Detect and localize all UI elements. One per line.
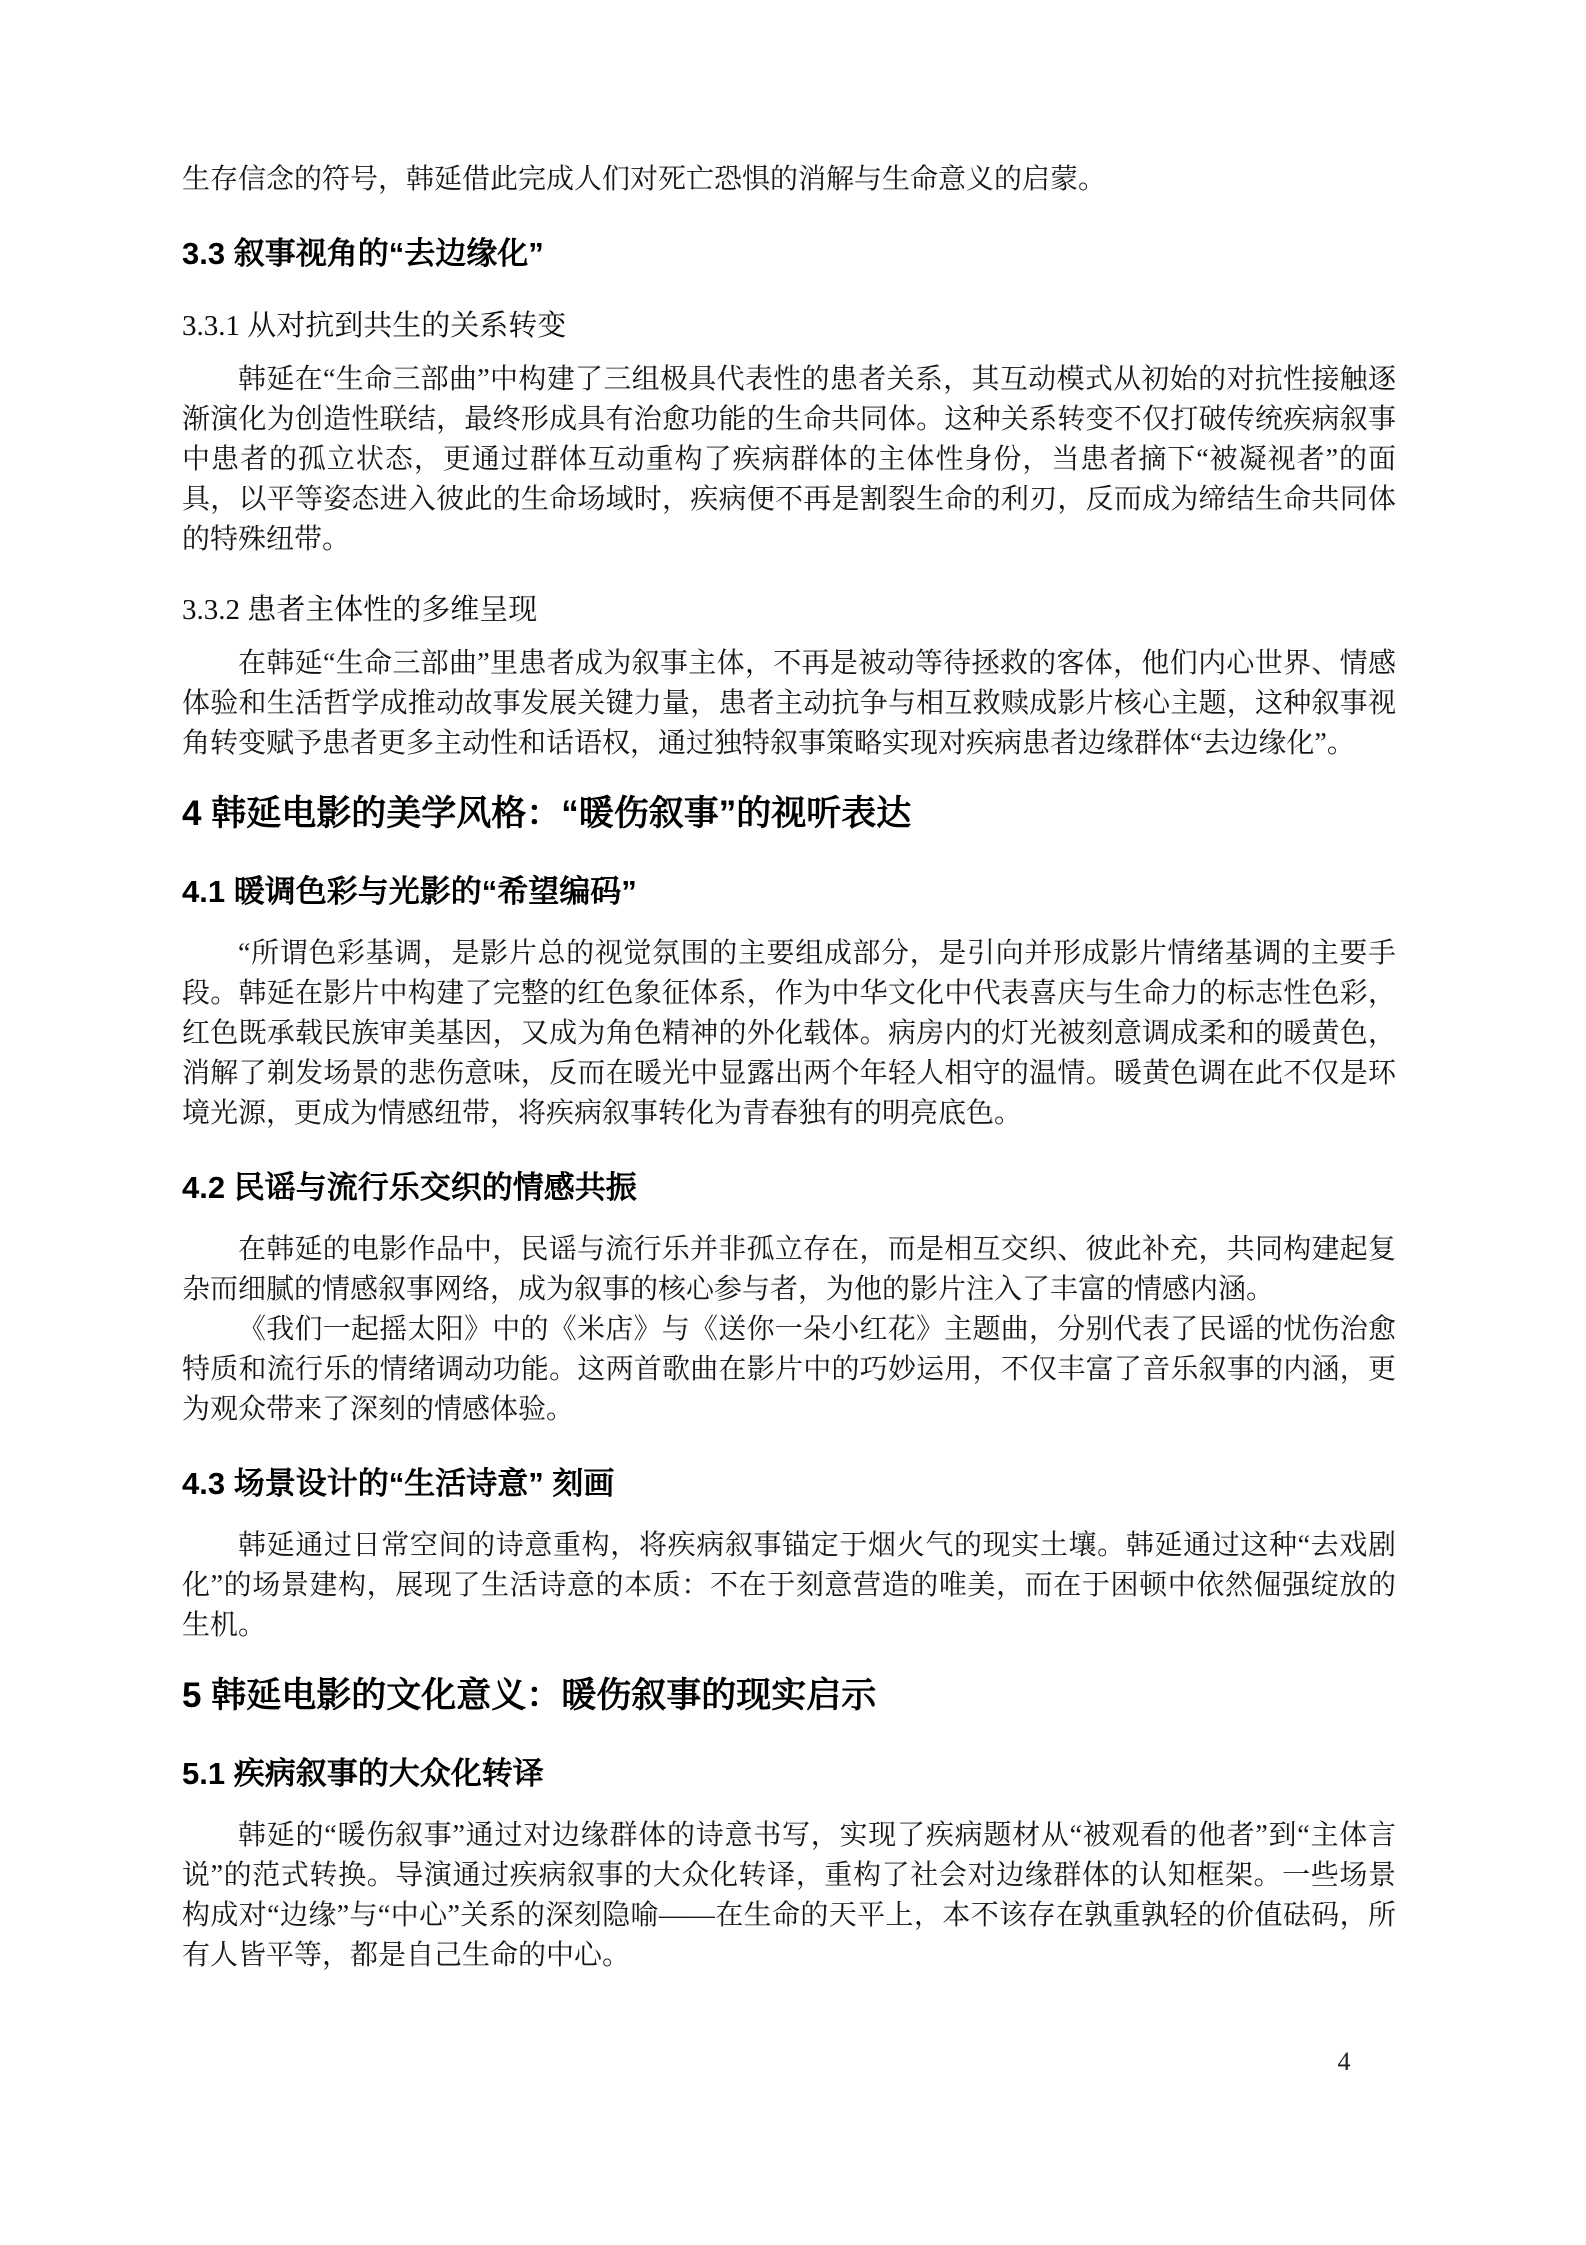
paragraph-4-1: “所谓色彩基调，是影片总的视觉氛围的主要组成部分，是引向并形成影片情绪基调的主要… (182, 934, 1396, 1134)
heading-section-5: 5 韩延电影的文化意义：暖伤叙事的现实启示 (182, 1672, 1396, 1720)
paragraph-3-3-1: 韩延在“生命三部曲”中构建了三组极具代表性的患者关系，其互动模式从初始的对抗性接… (182, 360, 1396, 560)
paragraph-5-1: 韩延的“暖伤叙事”通过对边缘群体的诗意书写，实现了疾病题材从“被观看的他者”到“… (182, 1816, 1396, 1976)
heading-section-4: 4 韩延电影的美学风格：“暖伤叙事”的视听表达 (182, 790, 1396, 838)
heading-section-3-3: 3.3 叙事视角的“去边缘化” (182, 232, 1396, 276)
paragraph-3-3-2: 在韩延“生命三部曲”里患者成为叙事主体，不再是被动等待拯救的客体，他们内心世界、… (182, 644, 1396, 764)
paragraph-4-3: 韩延通过日常空间的诗意重构，将疾病叙事锚定于烟火气的现实土壤。韩延通过这种“去戏… (182, 1526, 1396, 1646)
paragraph-4-2-a: 在韩延的电影作品中，民谣与流行乐并非孤立存在，而是相互交织、彼此补充，共同构建起… (182, 1230, 1396, 1310)
paragraph-4-2-b: 《我们一起摇太阳》中的《米店》与《送你一朵小红花》主题曲，分别代表了民谣的忧伤治… (182, 1310, 1396, 1430)
heading-section-4-1: 4.1 暖调色彩与光影的“希望编码” (182, 870, 1396, 914)
heading-section-3-3-1: 3.3.1 从对抗到共生的关系转变 (182, 306, 1396, 346)
heading-section-4-3: 4.3 场景设计的“生活诗意” 刻画 (182, 1462, 1396, 1506)
heading-section-3-3-2: 3.3.2 患者主体性的多维呈现 (182, 590, 1396, 630)
page-number: 4 (1322, 2046, 1366, 2078)
page-content: 生存信念的符号，韩延借此完成人们对死亡恐惧的消解与生命意义的启蒙。 3.3 叙事… (0, 0, 1586, 1976)
heading-section-5-1: 5.1 疾病叙事的大众化转译 (182, 1752, 1396, 1796)
heading-section-4-2: 4.2 民谣与流行乐交织的情感共振 (182, 1166, 1396, 1210)
paragraph-continuation: 生存信念的符号，韩延借此完成人们对死亡恐惧的消解与生命意义的启蒙。 (182, 160, 1396, 200)
document-page: 生存信念的符号，韩延借此完成人们对死亡恐惧的消解与生命意义的启蒙。 3.3 叙事… (0, 0, 1586, 2245)
